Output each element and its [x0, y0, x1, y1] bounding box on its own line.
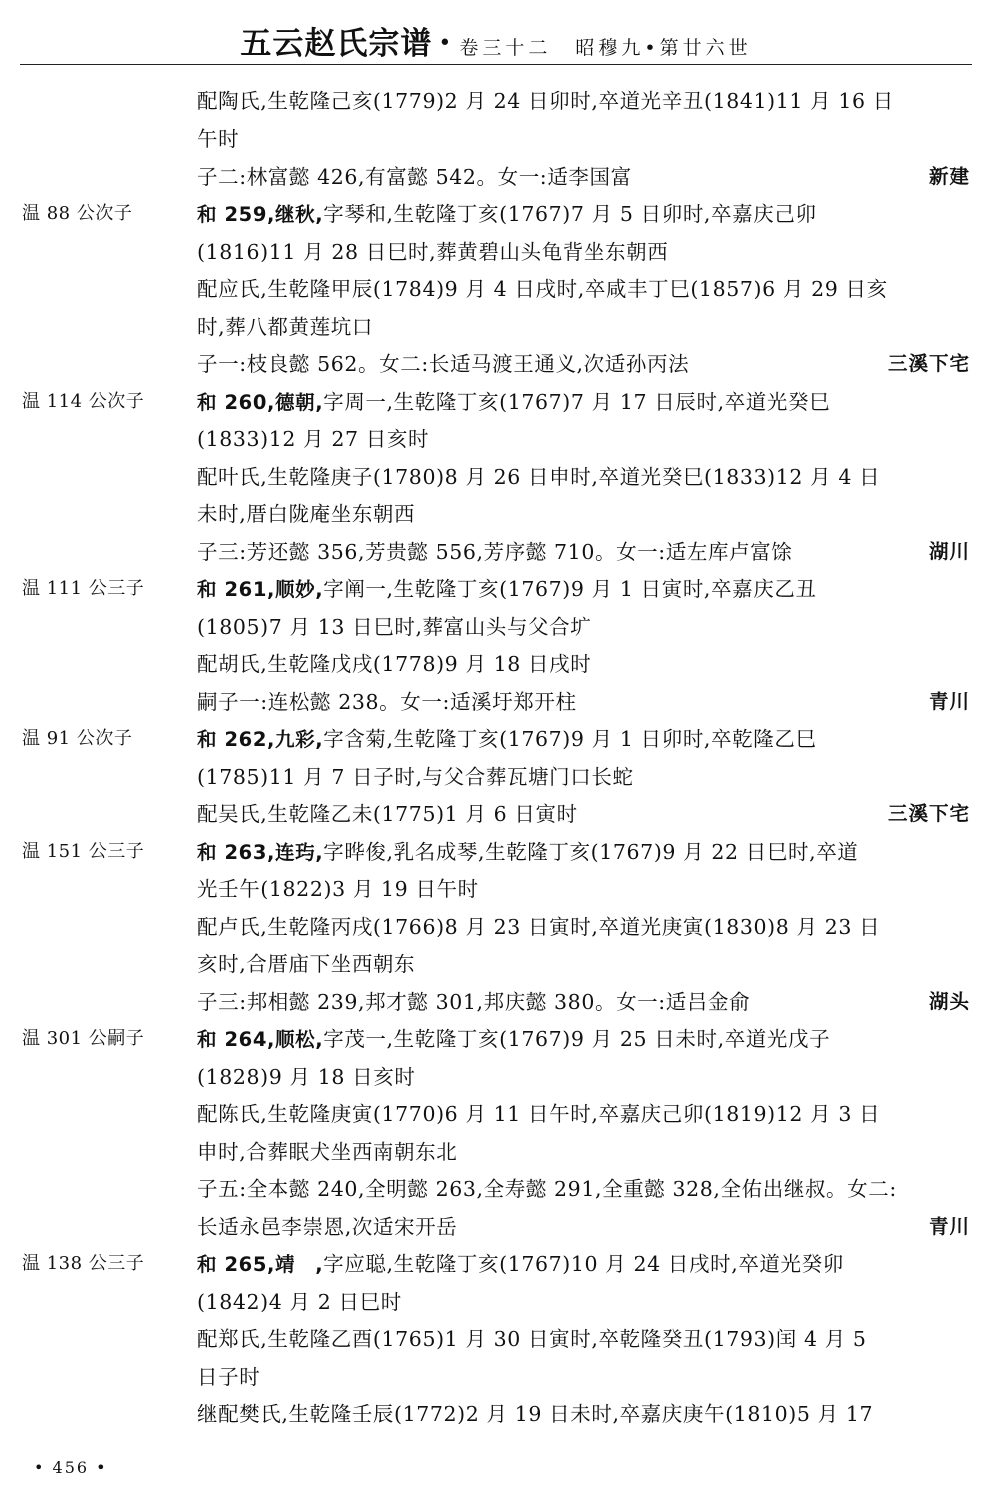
entry-heading-line: 和 261,顺妙,字阐一,生乾隆丁亥(1767)9 月 1 日寅时,卒嘉庆乙丑 — [197, 574, 970, 604]
text-line: 子二:林富懿 426,有富懿 542。女一:适李国富新建 — [197, 162, 970, 192]
line-text: 子二:林富懿 426,有富懿 542。女一:适李国富 — [197, 165, 632, 189]
line-text: 申时,合葬眠犬坐西南朝东北 — [197, 1140, 457, 1164]
entry-heading-line: 和 260,德朝,字周一,生乾隆丁亥(1767)7 月 17 日辰时,卒道光癸巳 — [197, 387, 970, 417]
father-reference: 温 138 公三子 — [22, 1249, 144, 1279]
line-text: (1805)7 月 13 日巳时,葬富山头与父合圹 — [197, 615, 591, 639]
text-line: (1785)11 月 7 日子时,与父合葬瓦塘门口长蛇 — [197, 762, 970, 792]
person-name: 和 262,九彩, — [197, 728, 323, 751]
line-text: 配应氏,生乾隆甲辰(1784)9 月 4 日戌时,卒咸丰丁巳(1857)6 月 … — [197, 277, 888, 301]
line-text: 长适永邑李崇恩,次适宋开岳 — [197, 1215, 457, 1239]
header-separator-2: • — [644, 37, 659, 59]
line-text: (1816)11 月 28 日巳时,葬黄碧山头龟背坐东朝西 — [197, 240, 668, 264]
person-name: 和 264,顺松, — [197, 1028, 323, 1051]
line-text: 配陈氏,生乾隆庚寅(1770)6 月 11 日午时,卒嘉庆己卯(1819)12 … — [197, 1102, 880, 1126]
text-line: 嗣子一:连松懿 238。女一:适溪圩郑开柱青川 — [197, 687, 970, 717]
line-text: 字茂一,生乾隆丁亥(1767)9 月 25 日未时,卒道光戊子 — [323, 1027, 830, 1051]
line-text: (1833)12 月 27 日亥时 — [197, 427, 429, 451]
text-line: 配陈氏,生乾隆庚寅(1770)6 月 11 日午时,卒嘉庆己卯(1819)12 … — [197, 1099, 970, 1129]
text-line: 配叶氏,生乾隆庚子(1780)8 月 26 日申时,卒道光癸巳(1833)12 … — [197, 462, 970, 492]
father-reference: 温 111 公三子 — [22, 574, 144, 604]
volume-label: 卷三十二 — [459, 37, 551, 59]
book-title: 五云赵氏宗谱 — [240, 26, 432, 62]
text-line: 子三:邦相懿 239,邦才懿 301,邦庆懿 380。女一:适吕金俞湖头 — [197, 987, 970, 1017]
line-text: 配叶氏,生乾隆庚子(1780)8 月 26 日申时,卒道光癸巳(1833)12 … — [197, 465, 880, 489]
text-line: 时,葬八都黄莲坑口 — [197, 312, 970, 342]
text-line: (1816)11 月 28 日巳时,葬黄碧山头龟背坐东朝西 — [197, 237, 970, 267]
text-line: 午时 — [197, 124, 970, 154]
line-text: 日子时 — [197, 1365, 260, 1389]
text-line: (1833)12 月 27 日亥时 — [197, 424, 970, 454]
residence-location: 湖川 — [929, 537, 970, 567]
residence-location: 三溪下宅 — [888, 349, 970, 379]
father-reference: 温 114 公次子 — [22, 387, 144, 417]
text-line: 配陶氏,生乾隆己亥(1779)2 月 24 日卯时,卒道光辛丑(1841)11 … — [197, 86, 970, 116]
residence-location: 三溪下宅 — [888, 799, 970, 829]
line-text: 子三:芳还懿 356,芳贵懿 556,芳序懿 710。女一:适左库卢富馀 — [197, 540, 792, 564]
entry-heading-line: 和 264,顺松,字茂一,生乾隆丁亥(1767)9 月 25 日未时,卒道光戊子 — [197, 1024, 970, 1054]
text-line: 子三:芳还懿 356,芳贵懿 556,芳序懿 710。女一:适左库卢富馀湖川 — [197, 537, 970, 567]
line-text: 嗣子一:连松懿 238。女一:适溪圩郑开柱 — [197, 690, 577, 714]
father-reference: 温 91 公次子 — [22, 724, 132, 754]
line-text: 字周一,生乾隆丁亥(1767)7 月 17 日辰时,卒道光癸巳 — [323, 390, 830, 414]
text-line: (1805)7 月 13 日巳时,葬富山头与父合圹 — [197, 612, 970, 642]
line-text: 亥时,合厝庙下坐西朝东 — [197, 952, 415, 976]
father-reference: 温 88 公次子 — [22, 199, 132, 229]
entry-heading-line: 和 263,连玙,字晔俊,乳名成琴,生乾隆丁亥(1767)9 月 22 日巳时,… — [197, 837, 970, 867]
line-text: 配吴氏,生乾隆乙未(1775)1 月 6 日寅时 — [197, 802, 578, 826]
section-label: 昭穆九 — [575, 37, 644, 59]
line-text: 子五:全本懿 240,全明懿 263,全寿懿 291,全重懿 328,全佑出继叔… — [197, 1177, 897, 1201]
father-reference: 温 301 公嗣子 — [22, 1024, 144, 1054]
person-name: 和 261,顺妙, — [197, 578, 323, 601]
text-line: (1828)9 月 18 日亥时 — [197, 1062, 970, 1092]
text-line: (1842)4 月 2 日巳时 — [197, 1287, 970, 1317]
text-line: 配吴氏,生乾隆乙未(1775)1 月 6 日寅时三溪下宅 — [197, 799, 970, 829]
line-text: 字阐一,生乾隆丁亥(1767)9 月 1 日寅时,卒嘉庆乙丑 — [323, 577, 816, 601]
text-line: 日子时 — [197, 1362, 970, 1392]
residence-location: 湖头 — [929, 987, 970, 1017]
residence-location: 青川 — [929, 687, 970, 717]
entry-heading-line: 和 262,九彩,字含菊,生乾隆丁亥(1767)9 月 1 日卯时,卒乾隆乙巳 — [197, 724, 970, 754]
line-text: 配卢氏,生乾隆丙戌(1766)8 月 23 日寅时,卒道光庚寅(1830)8 月… — [197, 915, 880, 939]
line-text: 未时,厝白陇庵坐东朝西 — [197, 502, 415, 526]
line-text: 午时 — [197, 127, 239, 151]
line-text: 子一:枝良懿 562。女二:长适马渡王通义,次适孙丙法 — [197, 352, 689, 376]
father-reference: 温 151 公三子 — [22, 837, 144, 867]
line-text: (1828)9 月 18 日亥时 — [197, 1065, 415, 1089]
line-text: 光壬午(1822)3 月 19 日午时 — [197, 877, 479, 901]
text-line: 继配樊氏,生乾隆壬辰(1772)2 月 19 日未时,卒嘉庆庚午(1810)5 … — [197, 1399, 970, 1429]
text-line: 配郑氏,生乾隆乙酉(1765)1 月 30 日寅时,卒乾隆癸丑(1793)闰 4… — [197, 1324, 970, 1354]
page-header: 五云赵氏宗谱•卷三十二昭穆九•第廿六世 — [0, 18, 992, 62]
text-line: 配卢氏,生乾隆丙戌(1766)8 月 23 日寅时,卒道光庚寅(1830)8 月… — [197, 912, 970, 942]
text-line: 长适永邑李崇恩,次适宋开岳青川 — [197, 1212, 970, 1242]
text-line: 子一:枝良懿 562。女二:长适马渡王通义,次适孙丙法三溪下宅 — [197, 349, 970, 379]
residence-location: 青川 — [929, 1212, 970, 1242]
text-line: 光壬午(1822)3 月 19 日午时 — [197, 874, 970, 904]
text-line: 子五:全本懿 240,全明懿 263,全寿懿 291,全重懿 328,全佑出继叔… — [197, 1174, 970, 1204]
line-text: 子三:邦相懿 239,邦才懿 301,邦庆懿 380。女一:适吕金俞 — [197, 990, 750, 1014]
residence-location: 新建 — [929, 162, 970, 192]
text-line: 亥时,合厝庙下坐西朝东 — [197, 949, 970, 979]
text-line: 配胡氏,生乾隆戊戌(1778)9 月 18 日戌时 — [197, 649, 970, 679]
line-text: 配胡氏,生乾隆戊戌(1778)9 月 18 日戌时 — [197, 652, 591, 676]
text-line: 配应氏,生乾隆甲辰(1784)9 月 4 日戌时,卒咸丰丁巳(1857)6 月 … — [197, 274, 970, 304]
entry-heading-line: 和 259,继秋,字琴和,生乾隆丁亥(1767)7 月 5 日卯时,卒嘉庆己卯 — [197, 199, 970, 229]
line-text: 配郑氏,生乾隆乙酉(1765)1 月 30 日寅时,卒乾隆癸丑(1793)闰 4… — [197, 1327, 867, 1351]
line-text: (1785)11 月 7 日子时,与父合葬瓦塘门口长蛇 — [197, 765, 634, 789]
header-separator: • — [438, 31, 451, 56]
line-text: (1842)4 月 2 日巳时 — [197, 1290, 402, 1314]
line-text: 字琴和,生乾隆丁亥(1767)7 月 5 日卯时,卒嘉庆己卯 — [323, 202, 816, 226]
text-line: 未时,厝白陇庵坐东朝西 — [197, 499, 970, 529]
page-number: • 456 • — [34, 1458, 108, 1477]
entry-heading-line: 和 265,靖 ,字应聪,生乾隆丁亥(1767)10 月 24 日戌时,卒道光癸… — [197, 1249, 970, 1279]
generation-label: 第廿六世 — [660, 37, 752, 59]
line-text: 配陶氏,生乾隆己亥(1779)2 月 24 日卯时,卒道光辛丑(1841)11 … — [197, 89, 894, 113]
person-name: 和 265,靖 , — [197, 1253, 323, 1276]
line-text: 时,葬八都黄莲坑口 — [197, 315, 373, 339]
person-name: 和 260,德朝, — [197, 391, 323, 414]
line-text: 字晔俊,乳名成琴,生乾隆丁亥(1767)9 月 22 日巳时,卒道 — [323, 840, 858, 864]
person-name: 和 259,继秋, — [197, 203, 323, 226]
text-line: 申时,合葬眠犬坐西南朝东北 — [197, 1137, 970, 1167]
line-text: 字应聪,生乾隆丁亥(1767)10 月 24 日戌时,卒道光癸卯 — [323, 1252, 844, 1276]
person-name: 和 263,连玙, — [197, 841, 323, 864]
line-text: 继配樊氏,生乾隆壬辰(1772)2 月 19 日未时,卒嘉庆庚午(1810)5 … — [197, 1402, 873, 1426]
line-text: 字含菊,生乾隆丁亥(1767)9 月 1 日卯时,卒乾隆乙巳 — [323, 727, 816, 751]
header-rule — [20, 64, 972, 65]
